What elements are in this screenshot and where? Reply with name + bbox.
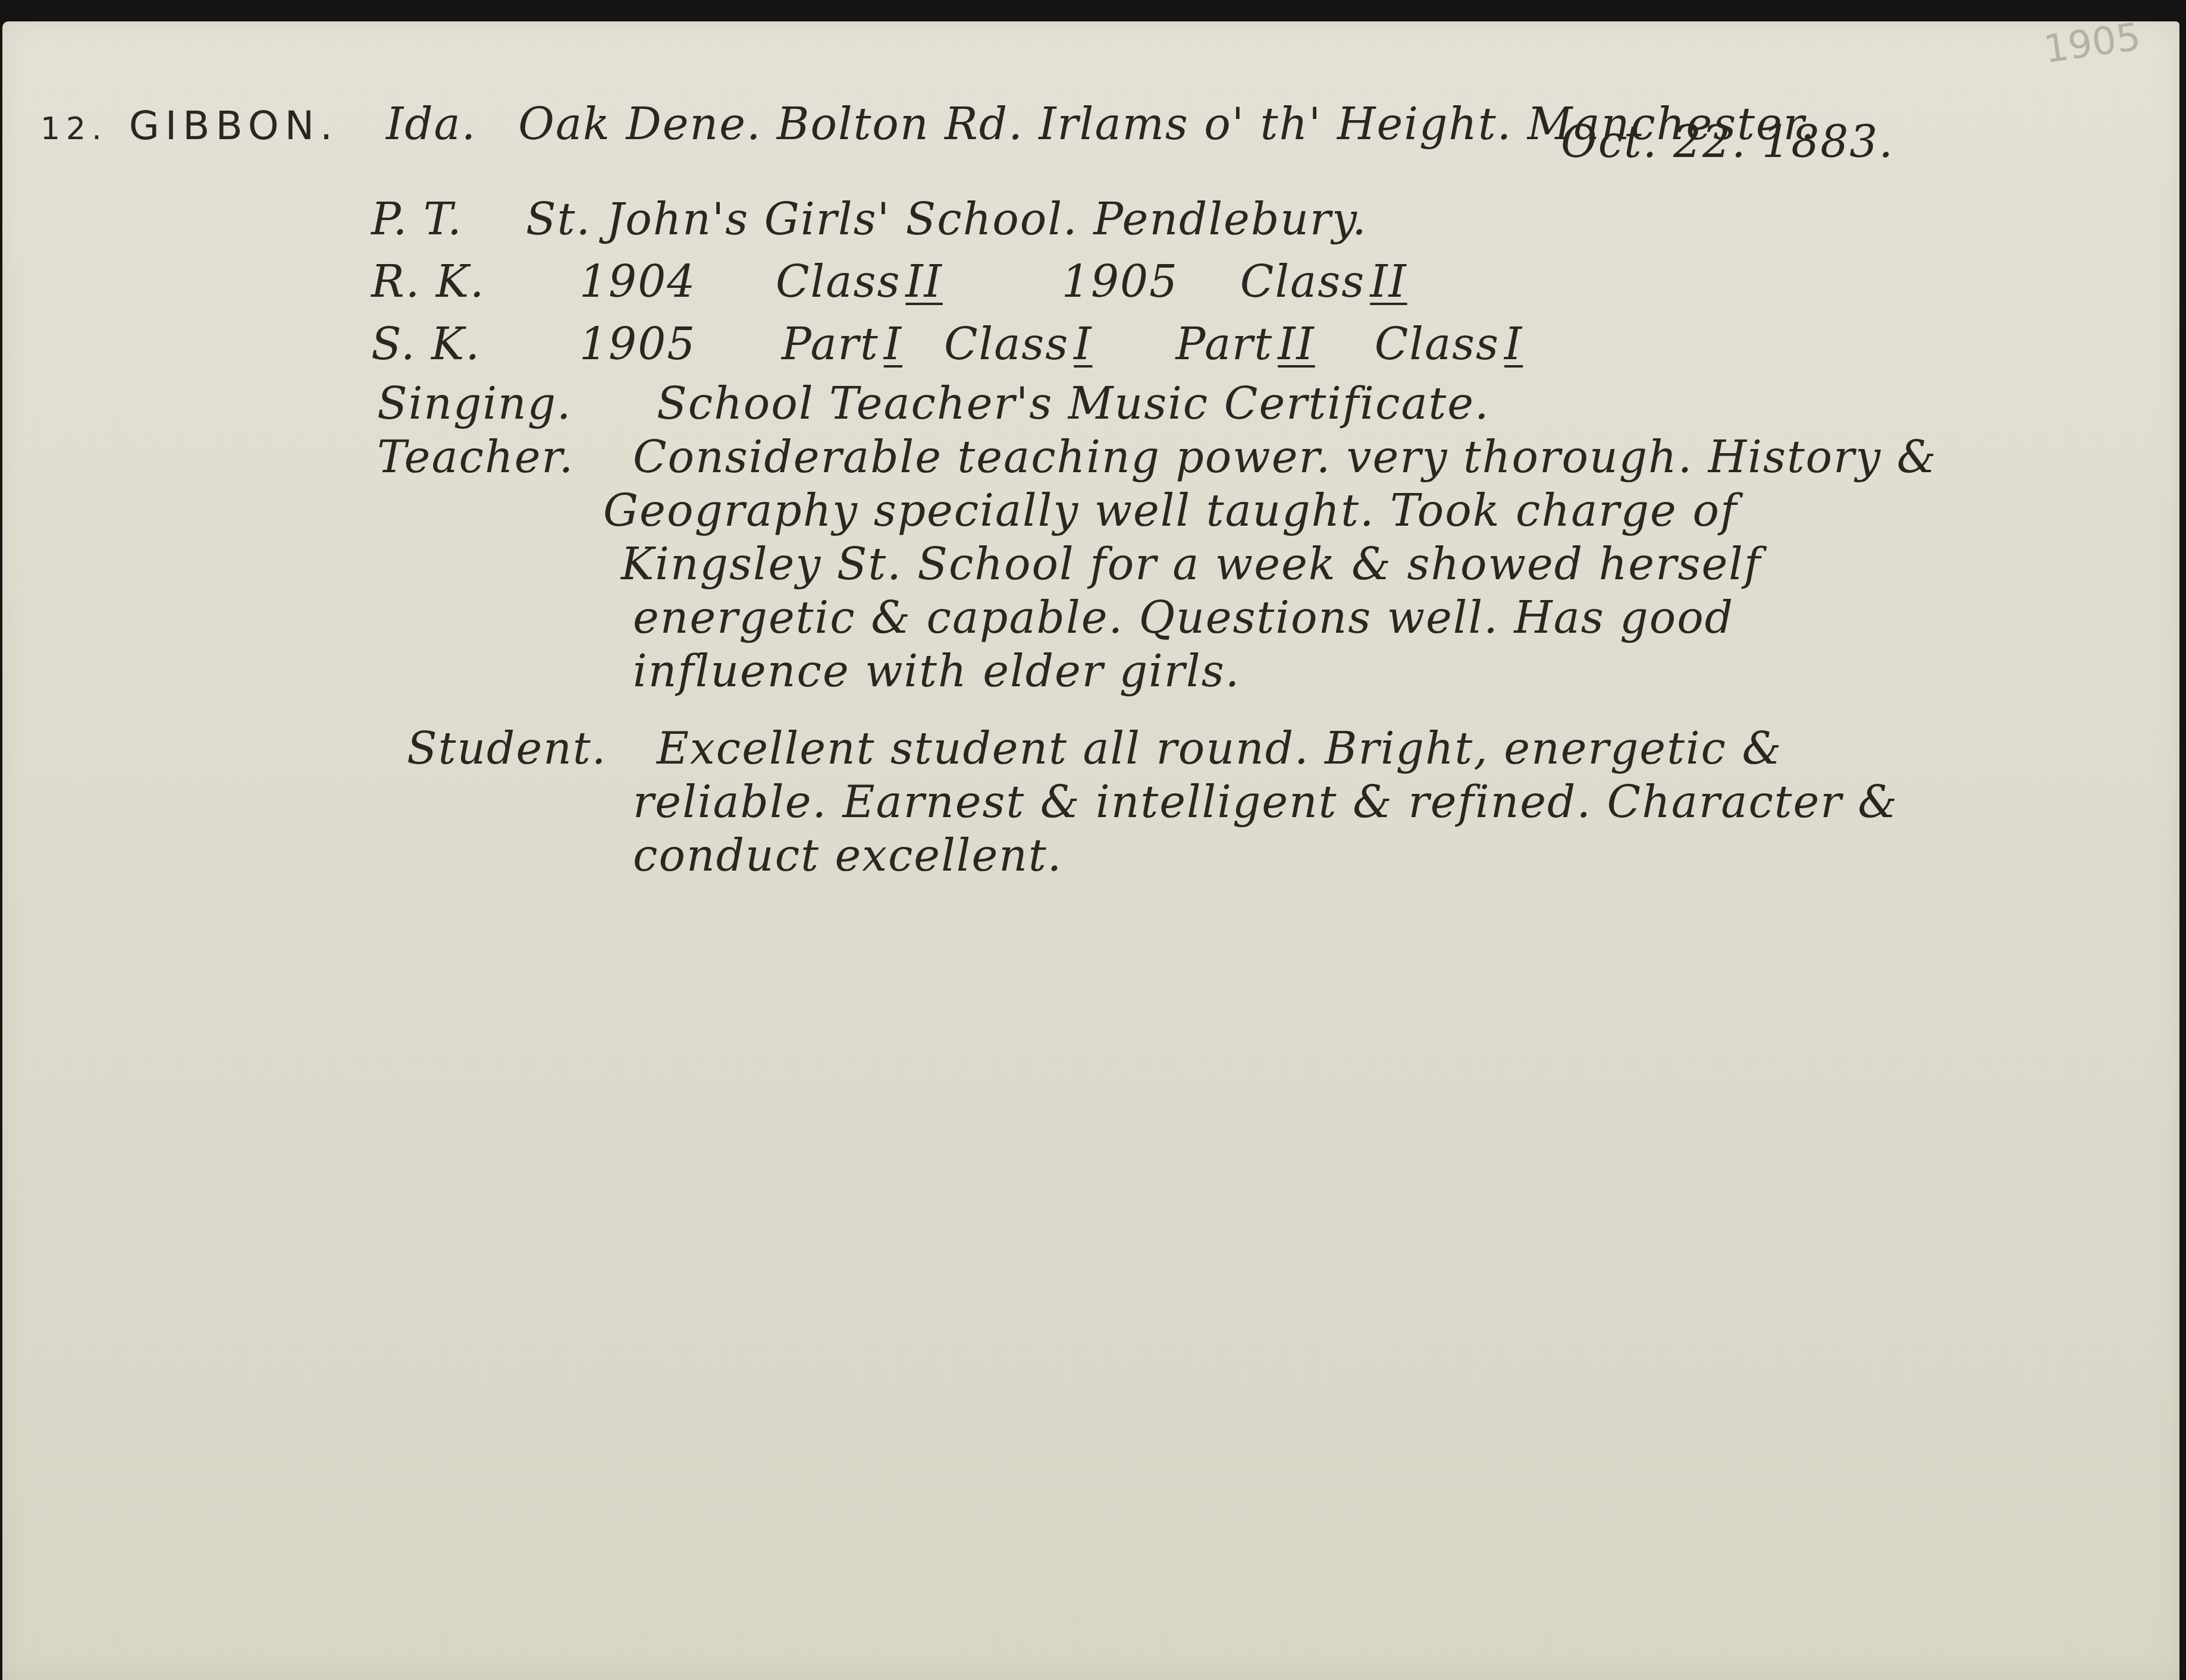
student-line-3: conduct excellent. — [633, 830, 1062, 881]
rk-year-1: 1904 — [579, 256, 776, 307]
sk-class-2-numeral: I — [1504, 319, 1523, 370]
rk-class-1: Class — [776, 256, 901, 307]
teacher-line-1: Considerable teaching power. very thorou… — [633, 432, 1937, 483]
sk-class-1-numeral: I — [1074, 319, 1092, 370]
teacher-line-2: Geography specially well taught. Took ch… — [603, 485, 1737, 536]
rk-year-2: 1905 — [1062, 256, 1240, 307]
pt-value: St. John's Girls' School. Pendlebury. — [526, 194, 1368, 245]
teacher-label: Teacher. — [377, 432, 574, 483]
pencil-year-annotation: 1905 — [2041, 15, 2144, 72]
header-line: 12. GIBBON. Ida. Oak Dene. Bolton Rd. Ir… — [40, 99, 1816, 150]
rk-class-2: Class — [1240, 256, 1365, 307]
singing-label: Singing. — [377, 378, 657, 429]
surname: GIBBON. — [129, 103, 338, 149]
teacher-line-3: Kingsley St. School for a week & showed … — [621, 539, 1761, 590]
rk-numeral-1: II — [905, 256, 942, 307]
student-line-2: reliable. Earnest & intelligent & refine… — [633, 777, 1898, 828]
rk-row: R. K. 1904 Class II 1905 Class II — [371, 256, 1407, 307]
sk-part-1: Part — [782, 319, 879, 370]
pt-label: P. T. — [371, 194, 526, 245]
singing-row: Singing. School Teacher's Music Certific… — [377, 378, 1490, 429]
entry-number: 12. — [40, 111, 108, 147]
sk-row: S. K. 1905 Part I Class I Part II Class … — [371, 319, 1523, 370]
birth-date: Oct. 22. 1883. — [1561, 117, 1894, 168]
teacher-line-4: energetic & capable. Questions well. Has… — [633, 592, 1734, 643]
record-card: 1905 12. GIBBON. Ida. Oak Dene. Bolton R… — [2, 21, 2179, 1680]
sk-part-2: Part — [1176, 319, 1274, 370]
rk-numeral-2: II — [1370, 256, 1407, 307]
sk-class-1: Class — [944, 319, 1069, 370]
sk-class-2: Class — [1375, 319, 1500, 370]
singing-value: School Teacher's Music Certificate. — [657, 378, 1490, 429]
teacher-line-5: influence with elder girls. — [633, 646, 1240, 697]
sk-year: 1905 — [579, 319, 782, 370]
student-label: Student. — [407, 723, 607, 774]
student-line-1: Excellent student all round. Bright, ene… — [657, 723, 1782, 774]
forename: Ida. — [386, 99, 476, 150]
rk-label: R. K. — [371, 256, 579, 307]
sk-label: S. K. — [371, 319, 579, 370]
sk-part-2-numeral: II — [1278, 319, 1315, 370]
sk-part-1-numeral: I — [884, 319, 902, 370]
pt-row: P. T. St. John's Girls' School. Pendlebu… — [371, 194, 1368, 245]
